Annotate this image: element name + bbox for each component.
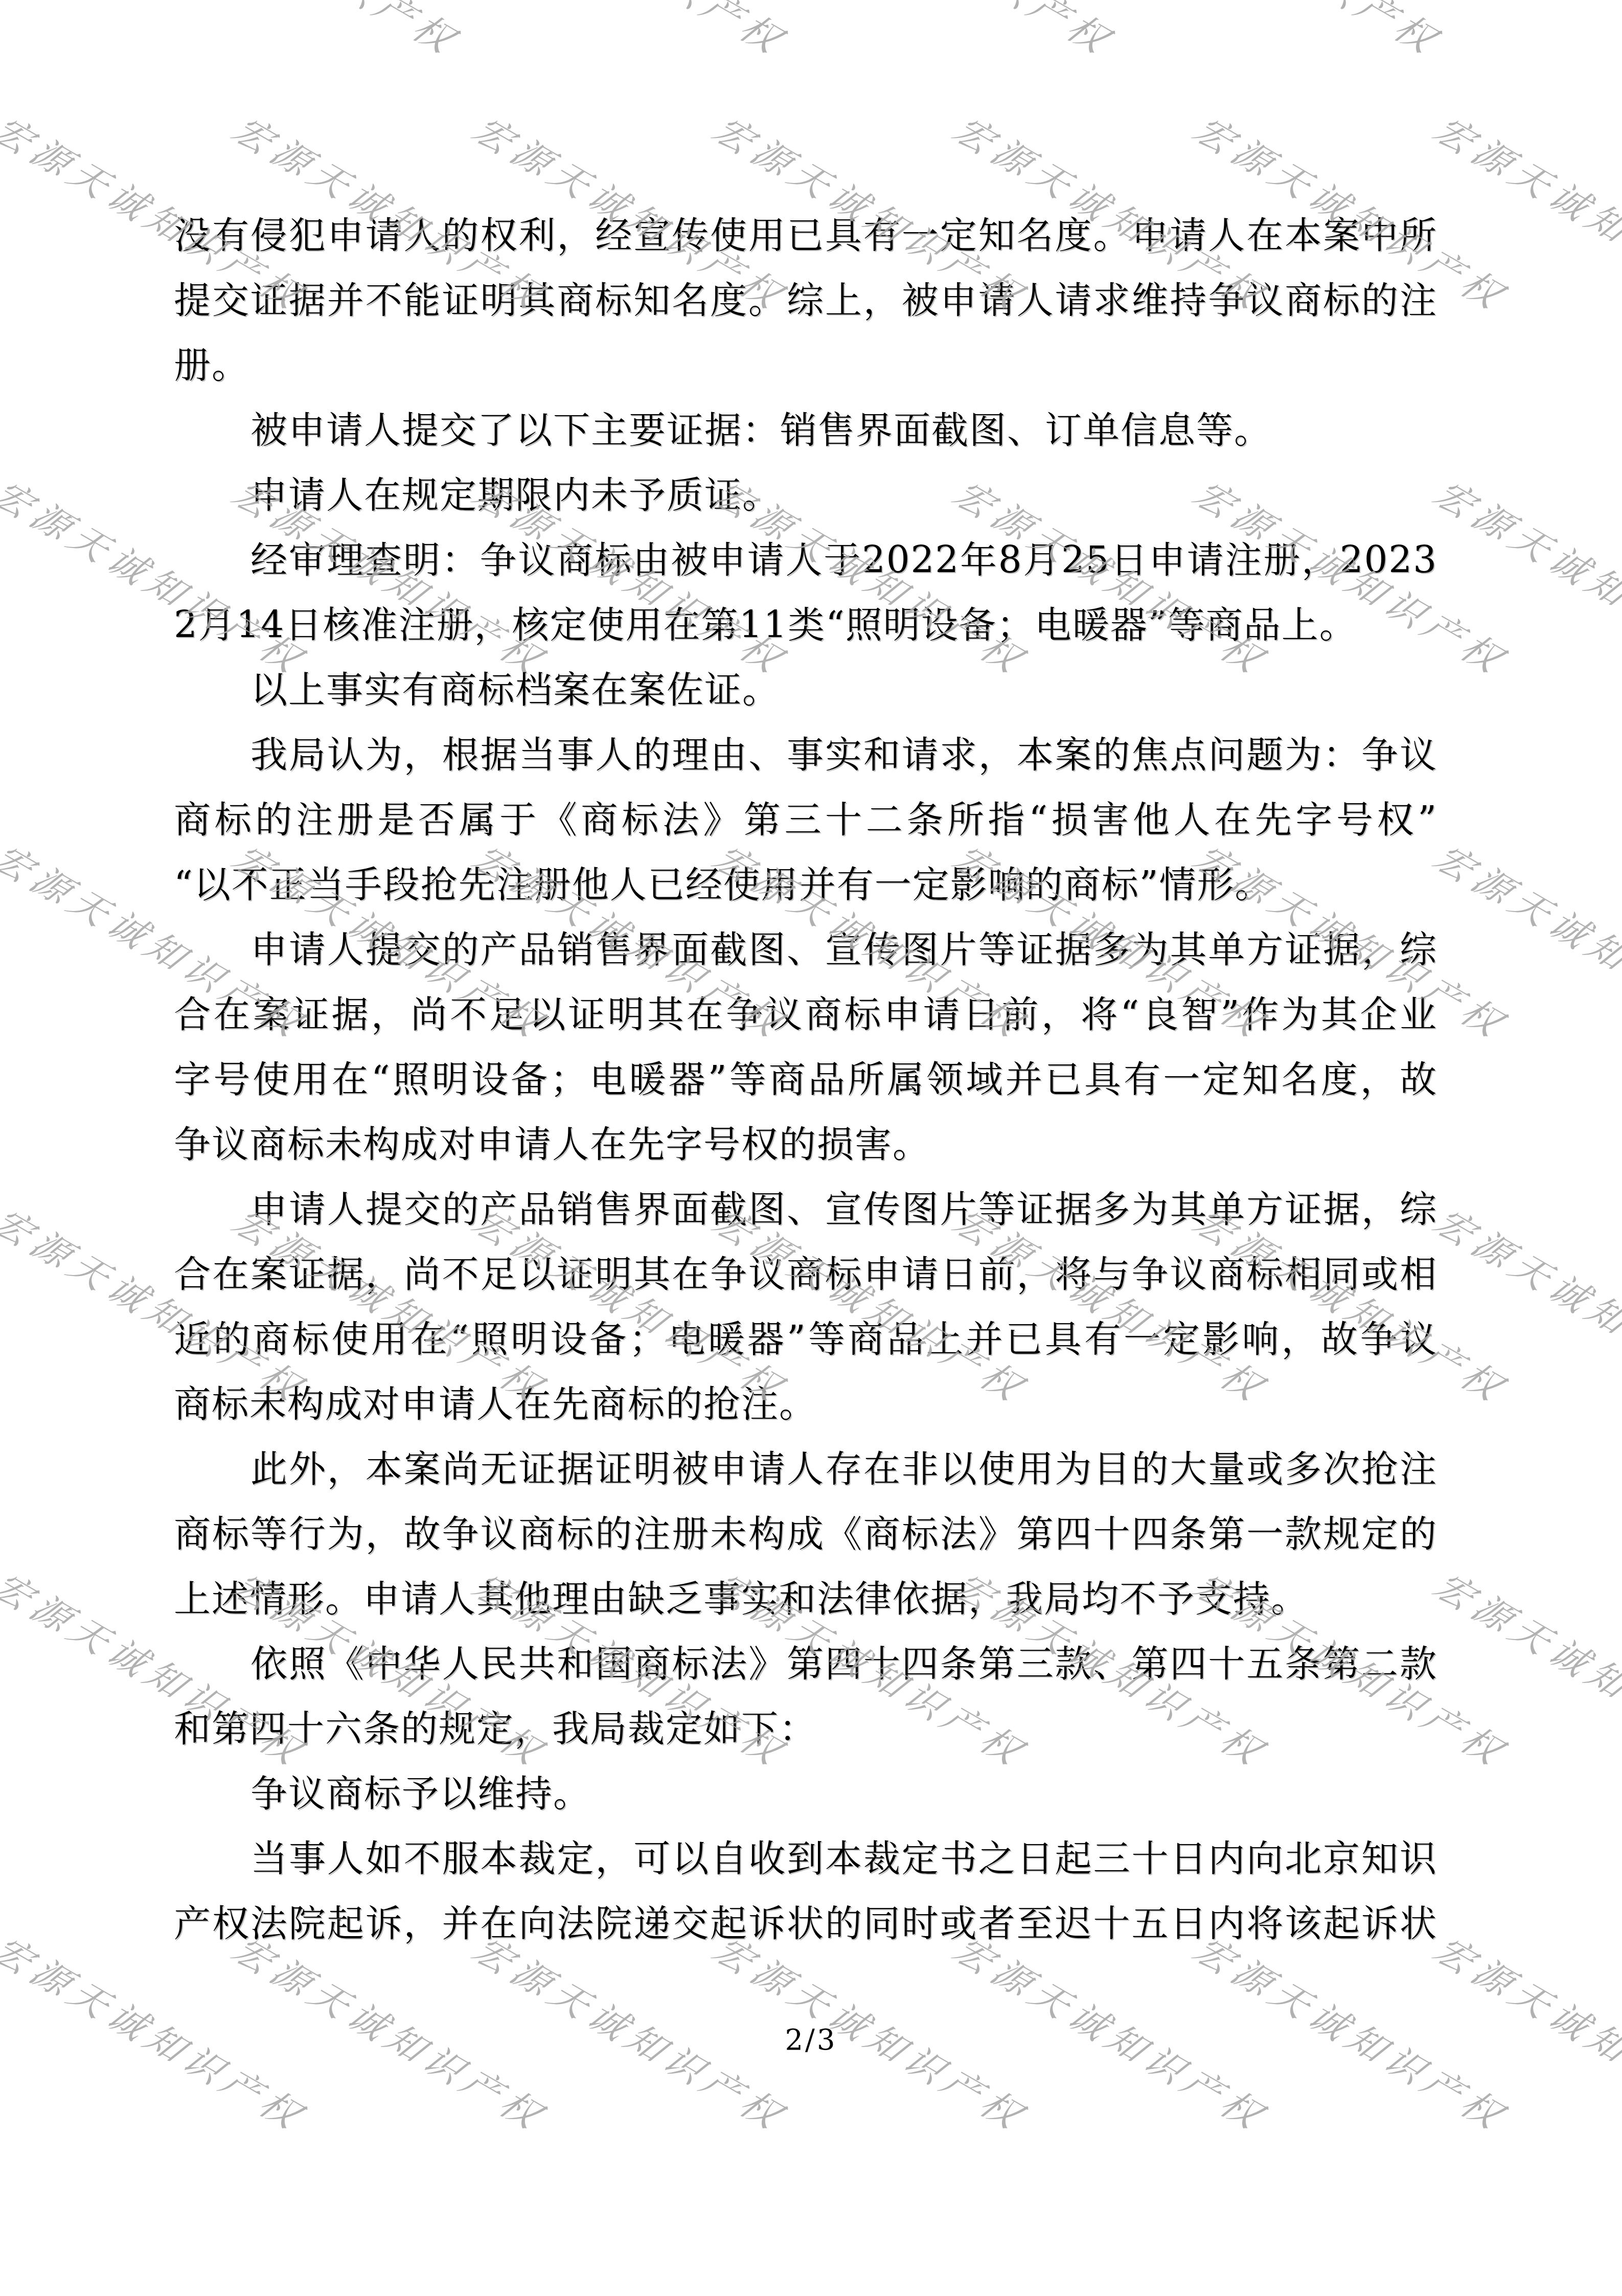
watermark-text: 宏源天诚知识产权 bbox=[1424, 1194, 1622, 1413]
watermark-text: 宏源天诚知识产权 bbox=[463, 0, 800, 65]
watermark-text: 宏源天诚知识产权 bbox=[1424, 102, 1622, 321]
text-line: 和第四十六条的规定，我局裁定如下： bbox=[174, 1696, 1437, 1761]
text-line: 依照《中华人民共和国商标法》第四十四条第三款、第四十五条第二款 bbox=[174, 1631, 1437, 1696]
watermark-text: 宏源天诚知识产权 bbox=[1117, 0, 1454, 65]
document-page: 宏源天诚知识产权宏源天诚知识产权宏源天诚知识产权宏源天诚知识产权宏源天诚知识产权… bbox=[0, 0, 1622, 2296]
text-line: 提交证据并不能证明其商标知名度。综上，被申请人请求维持争议商标的注 bbox=[174, 268, 1437, 333]
watermark-text: 宏源天诚知识产权 bbox=[1424, 466, 1622, 685]
watermark-text: 宏源天诚知识产权 bbox=[1444, 0, 1622, 65]
watermark-text: 宏源天诚知识产权 bbox=[1424, 1558, 1622, 1777]
text-line: 被申请人提交了以下主要证据：销售界面截图、订单信息等。 bbox=[174, 398, 1437, 463]
text-line: 近的商标使用在“照明设备；电暖器”等商品上并已具有一定影响，故争议 bbox=[174, 1307, 1437, 1372]
text-line: 以上事实有商标档案在案佐证。 bbox=[174, 657, 1437, 722]
text-line: 当事人如不服本裁定，可以自收到本裁定书之日起三十日内向北京知识 bbox=[174, 1826, 1437, 1891]
text-line: 2月14日核准注册，核定使用在第11类“照明设备；电暖器”等商品上。 bbox=[174, 593, 1437, 657]
text-line: 商标等行为，故争议商标的注册未构成《商标法》第四十四条第一款规定的 bbox=[174, 1502, 1437, 1566]
page-number: 2/3 bbox=[0, 2024, 1622, 2057]
text-line: 没有侵犯申请人的权利，经宣传使用已具有一定知名度。申请人在本案中所 bbox=[174, 203, 1437, 268]
text-line: 合在案证据，尚不足以证明其在争议商标申请日前，将“良智”作为其企业 bbox=[174, 982, 1437, 1047]
watermark-text: 宏源天诚知识产权 bbox=[135, 0, 473, 65]
text-line: 申请人提交的产品销售界面截图、宣传图片等证据多为其单方证据，综 bbox=[174, 917, 1437, 982]
text-line: 此外，本案尚无证据证明被申请人存在非以使用为目的大量或多次抢注 bbox=[174, 1437, 1437, 1502]
text-line: 申请人在规定期限内未予质证。 bbox=[174, 463, 1437, 528]
text-line: 商标未构成对申请人在先商标的抢注。 bbox=[174, 1372, 1437, 1437]
text-line: 我局认为，根据当事人的理由、事实和请求，本案的焦点问题为：争议 bbox=[174, 722, 1437, 787]
text-line: 册。 bbox=[174, 333, 1437, 398]
text-line: 合在案证据，尚不足以证明其在争议商标申请日前，将与争议商标相同或相 bbox=[174, 1242, 1437, 1307]
watermark-text: 宏源天诚知识产权 bbox=[790, 0, 1127, 65]
text-line: 申请人提交的产品销售界面截图、宣传图片等证据多为其单方证据，综 bbox=[174, 1177, 1437, 1242]
watermark-text: 宏源天诚知识产权 bbox=[1424, 830, 1622, 1049]
text-line: 产权法院起诉，并在向法院递交起诉状的同时或者至迟十五日内将该起诉状 bbox=[174, 1891, 1437, 1956]
text-line: 经审理查明：争议商标由被申请人于2022年8月25日申请注册，2023年 bbox=[174, 528, 1437, 593]
text-line: 商标的注册是否属于《商标法》第三十二条所指“损害他人在先字号权” bbox=[174, 787, 1437, 852]
document-body: 没有侵犯申请人的权利，经宣传使用已具有一定知名度。申请人在本案中所提交证据并不能… bbox=[174, 203, 1437, 1956]
text-line: 争议商标予以维持。 bbox=[174, 1761, 1437, 1826]
text-line: 字号使用在“照明设备；电暖器”等商品所属领域并已具有一定知名度，故 bbox=[174, 1047, 1437, 1112]
text-line: “以不正当手段抢先注册他人已经使用并有一定影响的商标”情形。 bbox=[174, 852, 1437, 917]
text-line: 争议商标未构成对申请人在先字号权的损害。 bbox=[174, 1112, 1437, 1177]
text-line: 上述情形。申请人其他理由缺乏事实和法律依据，我局均不予支持。 bbox=[174, 1566, 1437, 1631]
